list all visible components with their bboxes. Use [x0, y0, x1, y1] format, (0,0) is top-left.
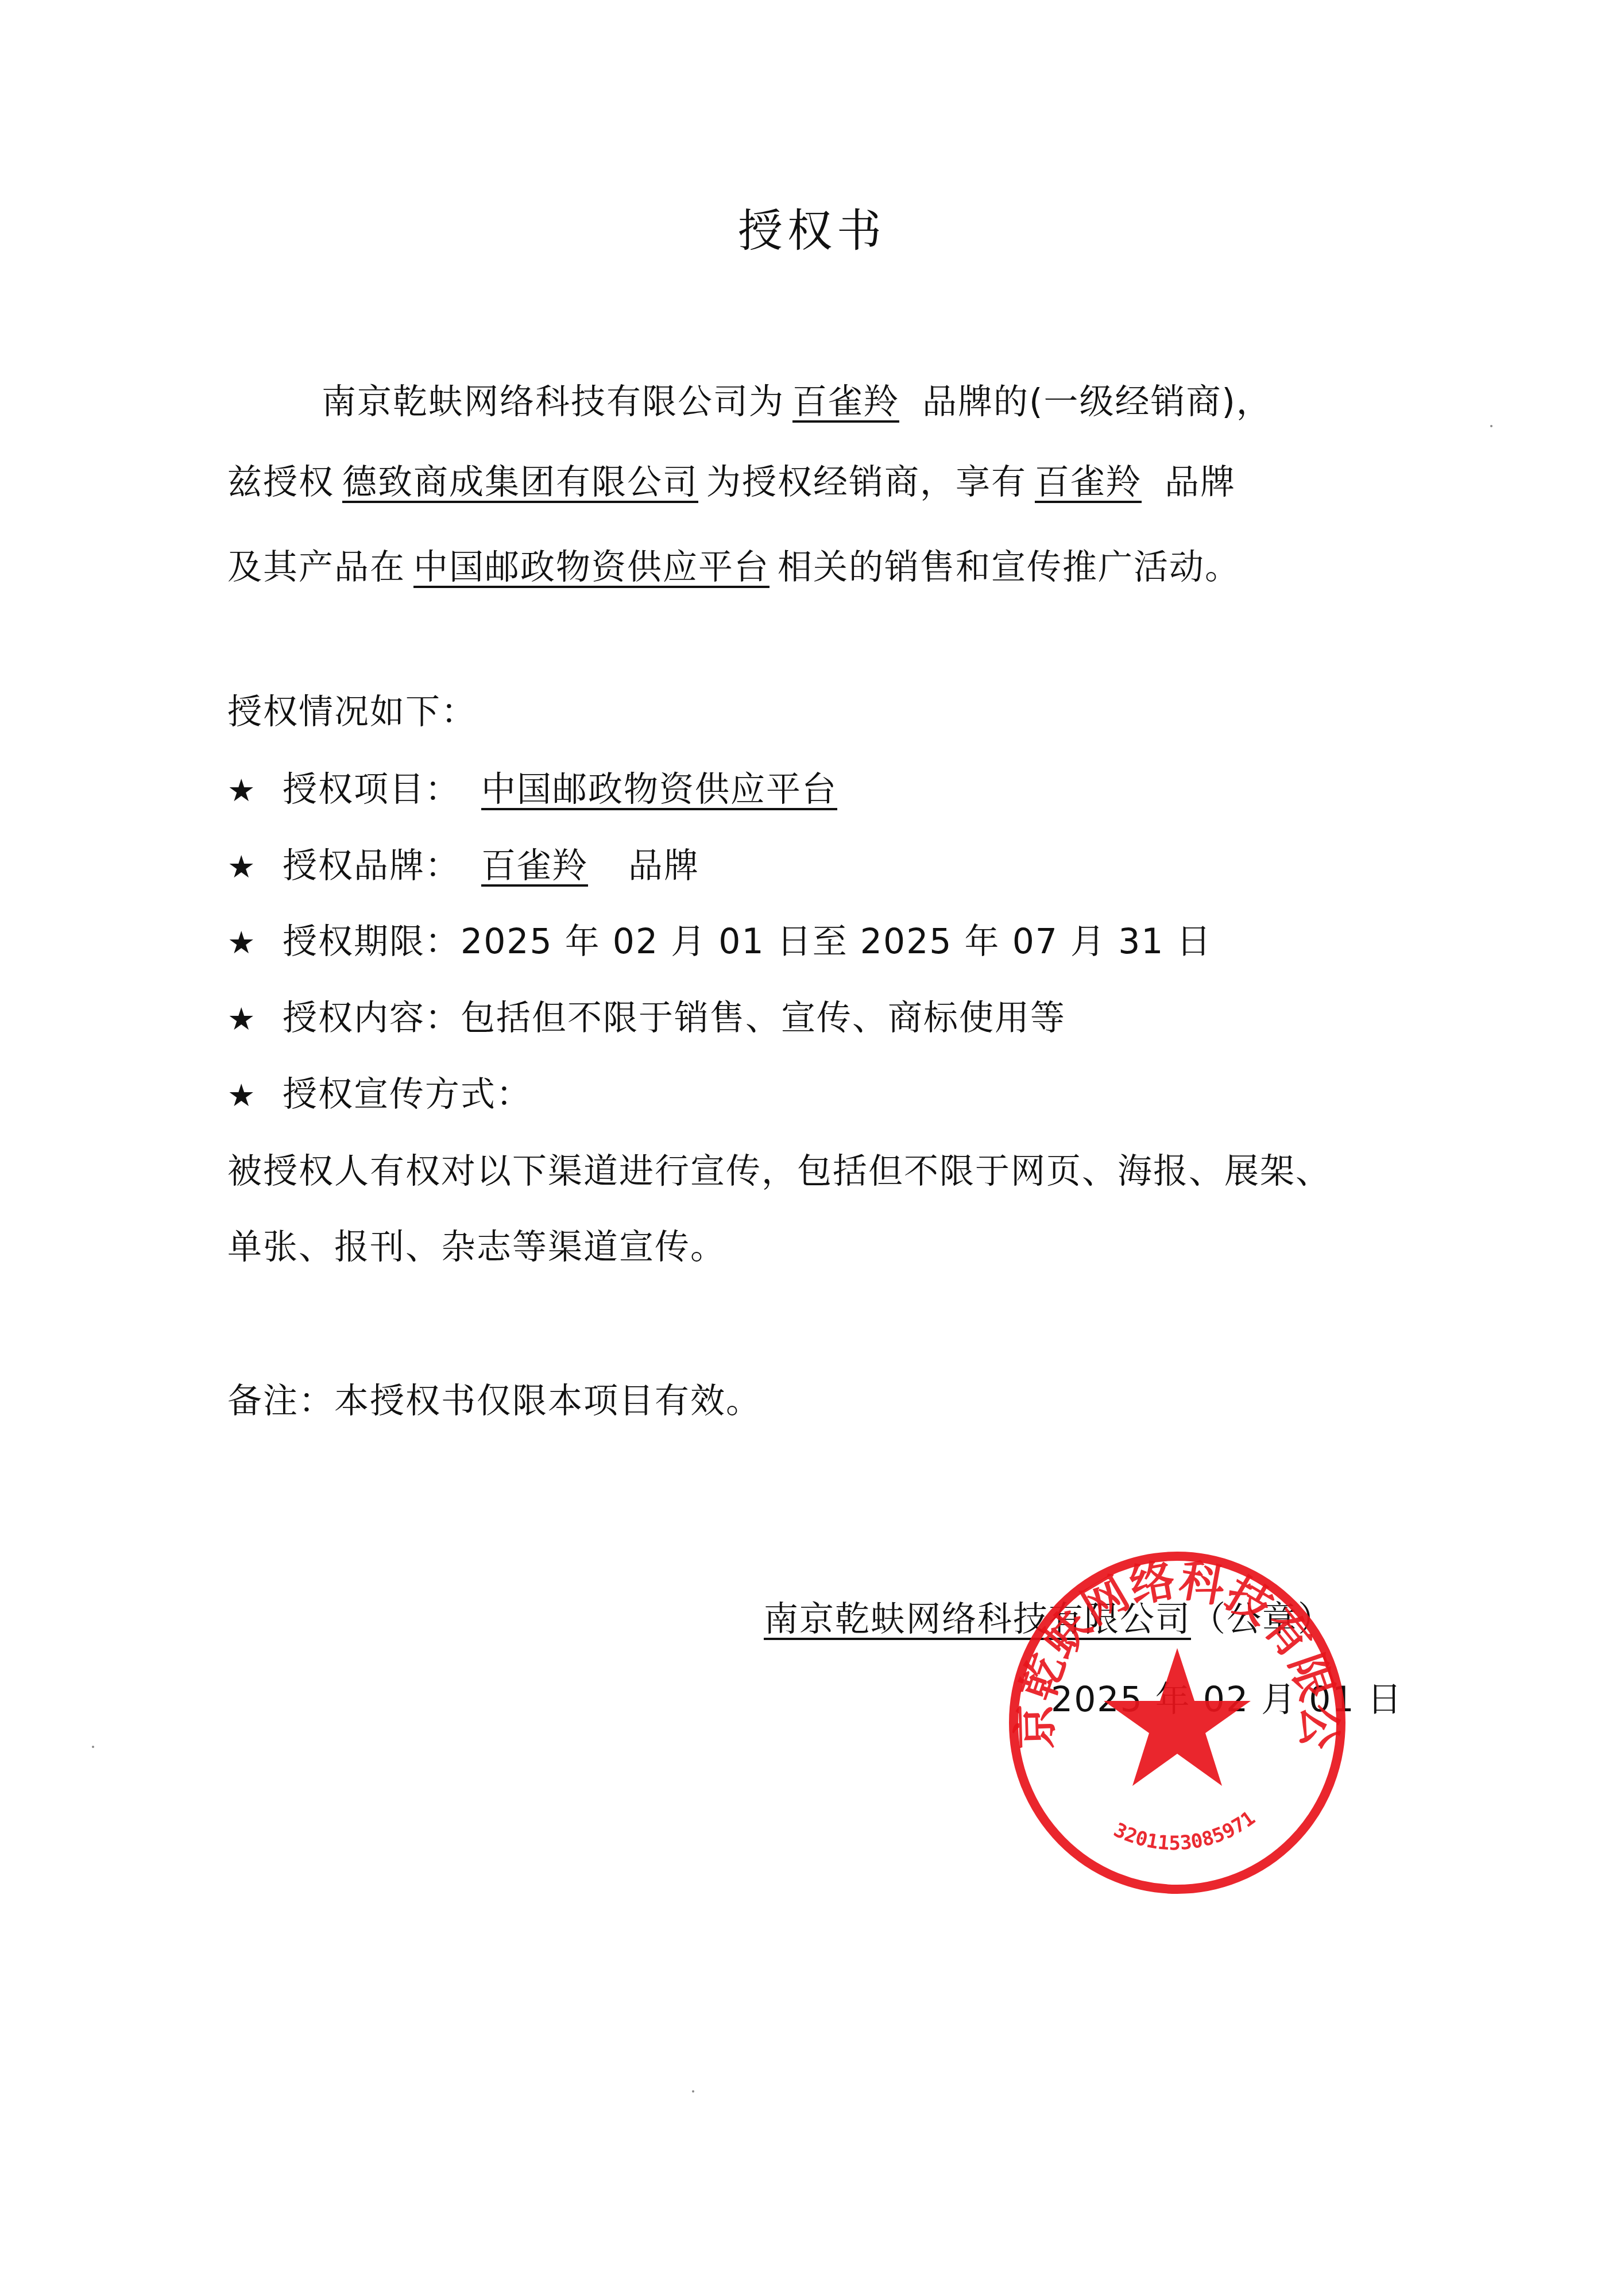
item-period: ★授权期限：2025 年 02 月 01 日至 2025 年 07 月 31 日: [227, 919, 1212, 966]
star-icon: ★: [227, 996, 283, 1042]
item-promotion-method: ★授权宣传方式：: [227, 1072, 532, 1119]
intro-line-2-suffix: 品牌: [1150, 462, 1236, 502]
intro-line-3-prefix: 及其产品在: [227, 547, 405, 587]
item-value: 中国邮政物资供应平台: [461, 769, 860, 810]
intro-line-2: 兹授权德致商成集团有限公司为授权经销商，享有百雀羚品牌: [227, 459, 1236, 505]
signature-date: 2025 年 02 月 01 日: [1051, 1677, 1403, 1723]
intro-line-3: 及其产品在中国邮政物资供应平台相关的销售和宣传推广活动。: [227, 544, 1240, 590]
intro-line-2-prefix: 兹授权: [227, 462, 334, 502]
scan-speck: [92, 1746, 94, 1748]
item-label: 授权项目：: [283, 769, 461, 810]
scan-speck: [692, 2090, 694, 2093]
intro-line-1: 南京乾蚨网络科技有限公司为百雀羚品牌的(一级经销商)，: [322, 379, 1272, 425]
intro-line-1-suffix: 品牌的(一级经销商)，: [907, 382, 1272, 422]
star-icon: ★: [227, 920, 283, 966]
item-value: 百雀羚: [461, 846, 628, 886]
intro-line-2-mid: 为授权经销商，享有: [706, 462, 1027, 502]
star-icon: ★: [227, 1073, 283, 1119]
note-text: 备注：本授权书仅限本项目有效。: [227, 1378, 761, 1424]
document-page: 授权书 南京乾蚨网络科技有限公司为百雀羚品牌的(一级经销商)， 兹授权德致商成集…: [0, 0, 1624, 2274]
seal-label: （公章）: [1191, 1599, 1333, 1639]
signatory-company: 南京乾蚨网络科技有限公司: [764, 1599, 1191, 1639]
item-suffix: 品牌: [628, 846, 699, 886]
item-value: 包括但不限于销售、宣传、商标使用等: [461, 998, 1066, 1038]
grantor-text: 南京乾蚨网络科技有限公司为: [322, 382, 784, 422]
svg-text:3201153085971: 3201153085971: [1110, 1807, 1259, 1855]
item-brand: ★授权品牌：百雀羚品牌: [227, 843, 699, 890]
item-label: 授权期限：: [283, 922, 461, 962]
star-icon: ★: [227, 844, 283, 890]
section-heading: 授权情况如下：: [227, 689, 477, 735]
item-label: 授权品牌：: [283, 846, 461, 886]
scan-speck: [1490, 425, 1492, 427]
brand-name: 百雀羚: [784, 382, 907, 422]
platform-name: 中国邮政物资供应平台: [405, 547, 778, 587]
brand-name-2: 百雀羚: [1027, 462, 1150, 502]
licensee-name: 德致商成集团有限公司: [334, 462, 706, 502]
item-project: ★授权项目：中国邮政物资供应平台: [227, 767, 860, 814]
star-icon: ★: [227, 768, 283, 814]
item-content: ★授权内容：包括但不限于销售、宣传、商标使用等: [227, 995, 1066, 1042]
intro-line-3-suffix: 相关的销售和宣传推广活动。: [778, 547, 1240, 587]
promotion-line-2: 单张、报刊、杂志等渠道宣传。: [227, 1224, 726, 1270]
promotion-line-1: 被授权人有权对以下渠道进行宣传，包括但不限于网页、海报、展架、: [227, 1148, 1331, 1194]
item-label: 授权宣传方式：: [283, 1074, 532, 1115]
document-title: 授权书: [0, 195, 1624, 260]
signature-line: 南京乾蚨网络科技有限公司（公章）: [764, 1596, 1333, 1642]
item-value: 2025 年 02 月 01 日至 2025 年 07 月 31 日: [461, 922, 1212, 962]
item-label: 授权内容：: [283, 998, 461, 1038]
